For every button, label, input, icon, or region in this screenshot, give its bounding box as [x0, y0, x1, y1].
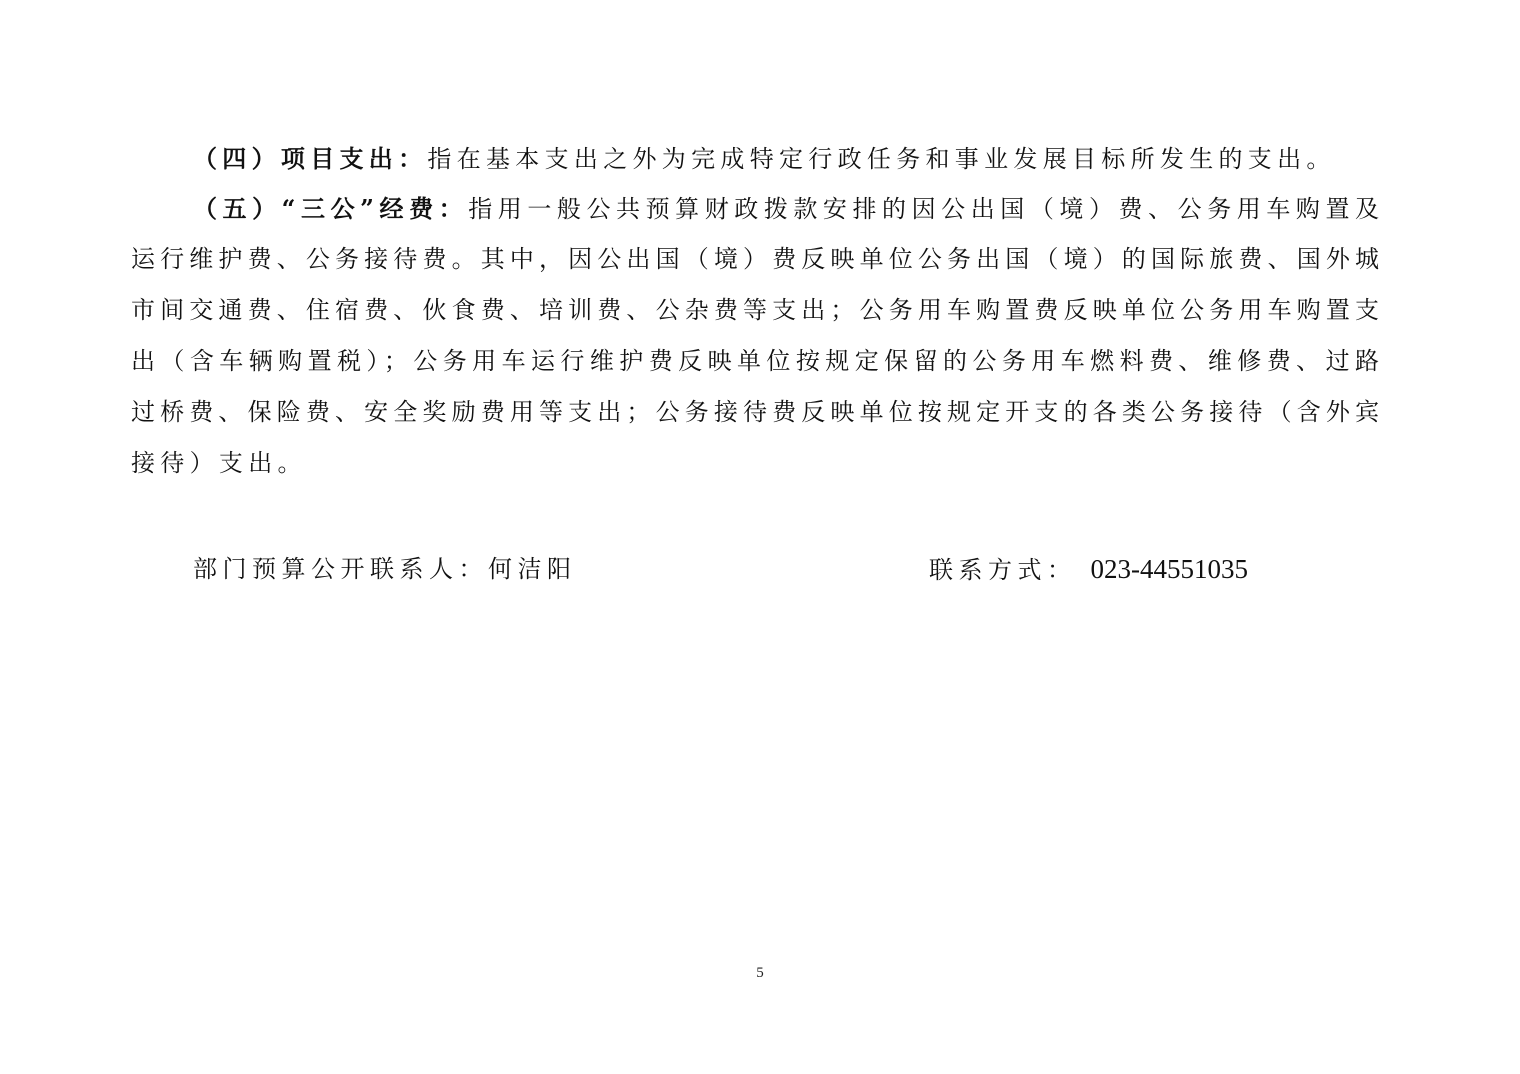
paragraph-line: （五）“三公”经费：指用一般公共预算财政拨款安排的因公出国（境）费、公务用车购置… — [131, 183, 1379, 234]
paragraph-line: （四）项目支出：指在基本支出之外为完成特定行政任务和事业发展目标所发生的支出。 — [131, 133, 1379, 184]
paragraph-project-expenditure: （四）项目支出：指在基本支出之外为完成特定行政任务和事业发展目标所发生的支出。 — [131, 133, 1379, 184]
section-body-text: 指在基本支出之外为完成特定行政任务和事业发展目标所发生的支出。 — [427, 145, 1335, 173]
paragraph-line: 运行维护费、公务接待费。其中，因公出国（境）费反映单位公务出国（境）的国际旅费、… — [131, 234, 1379, 285]
contact-person-name: 何洁阳 — [488, 555, 577, 583]
paragraph-three-public-expenses: （五）“三公”经费：指用一般公共预算财政拨款安排的因公出国（境）费、公务用车购置… — [131, 183, 1379, 489]
paragraph-line: 出（含车辆购置税）；公务用车运行维护费反映单位按规定保留的公务用车燃料费、维修费… — [131, 336, 1379, 387]
section-heading: （五）“三公”经费： — [193, 194, 468, 223]
contact-person: 部门预算公开联系人：何洁阳 — [193, 544, 577, 595]
section-body-text: 指用一般公共预算财政拨款安排的因公出国（境）费、公务用车购置及 — [468, 195, 1379, 223]
contact-phone-number: 023-44551035 — [1091, 554, 1249, 584]
document-page: （四）项目支出：指在基本支出之外为完成特定行政任务和事业发展目标所发生的支出。 … — [0, 0, 1520, 1074]
section-heading: （四）项目支出： — [193, 144, 427, 173]
contact-phone: 联系方式：023-44551035 — [929, 544, 1248, 595]
paragraph-line: 接待）支出。 — [131, 438, 1379, 489]
contact-person-label: 部门预算公开联系人： — [193, 555, 488, 583]
paragraph-line: 过桥费、保险费、安全奖励费用等支出；公务接待费反映单位按规定开支的各类公务接待（… — [131, 387, 1379, 438]
page-number: 5 — [0, 965, 1520, 982]
paragraph-line: 市间交通费、住宿费、伙食费、培训费、公杂费等支出；公务用车购置费反映单位公务用车… — [131, 285, 1379, 336]
contact-phone-label: 联系方式： — [929, 556, 1077, 584]
